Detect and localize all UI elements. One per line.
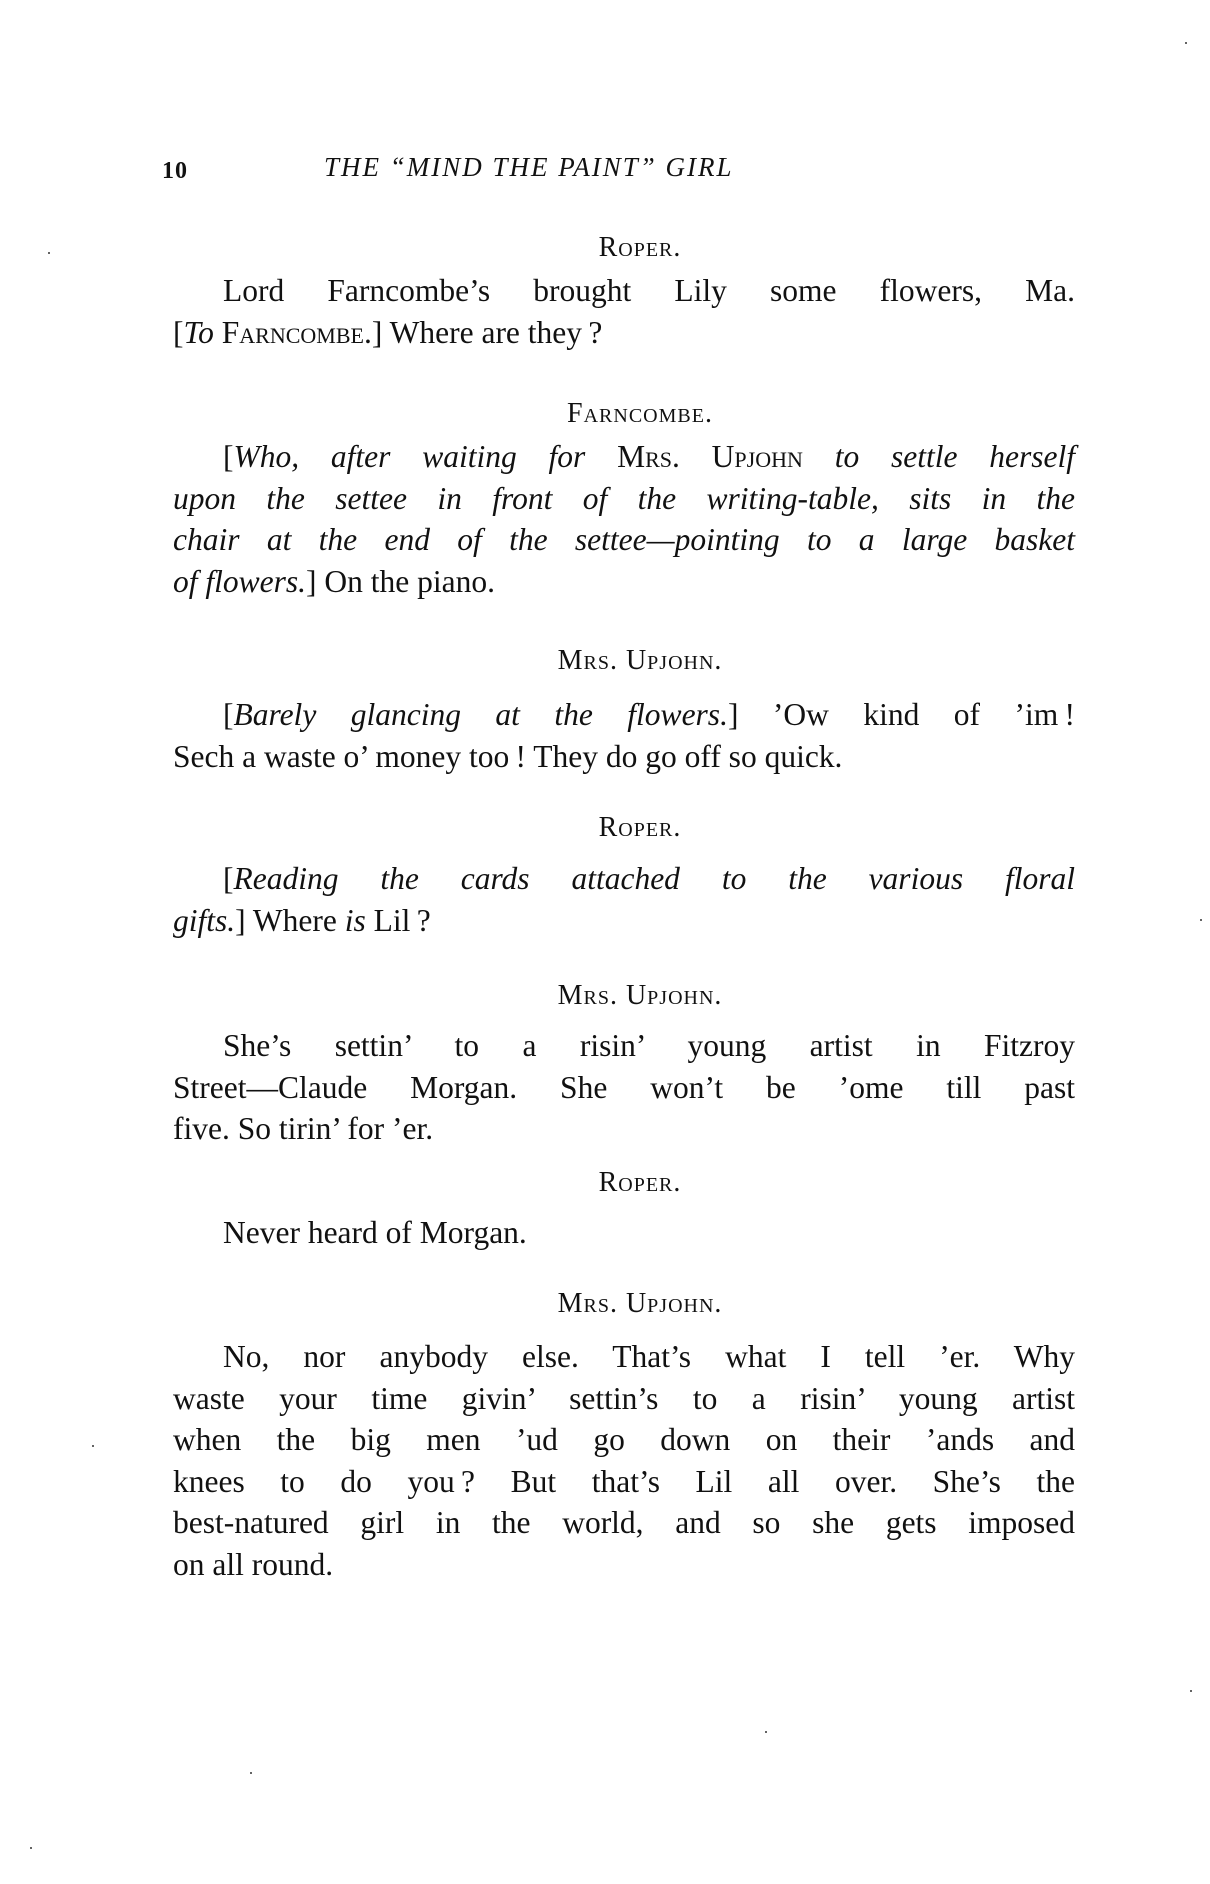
speaker-name: Mrs. Upjohn. (0, 645, 1210, 677)
speaker-name: Mrs. Upjohn. (0, 980, 1210, 1012)
stage-direction: to settle herself (803, 439, 1075, 474)
scan-speck (250, 1772, 252, 1774)
text-line: Never heard of Morgan. (173, 1212, 1075, 1254)
speech-text: She’s settin’ to a risin’ young artist i… (173, 1025, 1075, 1150)
text-line: of flowers.] On the piano. (173, 561, 1075, 603)
scan-speck (92, 1445, 94, 1447)
speaker-name: Roper. (0, 1167, 1210, 1199)
dialogue-text: ] Where (235, 903, 345, 938)
dialogue-text (214, 315, 222, 350)
dialogue-text: She’s settin’ to a risin’ young artist i… (223, 1028, 1075, 1063)
dialogue-text: No, nor anybody else. That’s what I tell… (223, 1339, 1075, 1374)
dialogue-text: [ (223, 697, 234, 732)
stage-direction: Reading the cards attached to the variou… (234, 861, 1076, 896)
speaker-name: Roper. (0, 232, 1210, 264)
speech-text: [Who, after waiting for Mrs. Upjohn to s… (173, 436, 1075, 602)
dialogue-text: [ (223, 861, 234, 896)
speech-text: Lord Farncombe’s brought Lily some flowe… (173, 270, 1075, 353)
dialogue-text: Lord Farncombe’s brought Lily some flowe… (223, 273, 1075, 308)
speaker-name: Roper. (0, 812, 1210, 844)
scan-speck (30, 1847, 32, 1849)
dialogue-text: best-natured girl in the world, and so s… (173, 1505, 1075, 1540)
text-line: knees to do you ? But that’s Lil all ove… (173, 1461, 1075, 1503)
dialogue-text: knees to do you ? But that’s Lil all ove… (173, 1464, 1075, 1499)
text-line: chair at the end of the settee—pointing … (173, 519, 1075, 561)
running-head: 10 THE “MIND THE PAINT” GIRL (162, 152, 922, 192)
dialogue-text: waste your time givin’ settin’s to a ris… (173, 1381, 1075, 1416)
stage-direction: Who, after waiting for (234, 439, 618, 474)
text-line: Sech a waste o’ money too ! They do go o… (173, 736, 1075, 778)
dialogue-text: [ (173, 315, 184, 350)
text-line: No, nor anybody else. That’s what I tell… (173, 1336, 1075, 1378)
dialogue-text: Sech a waste o’ money too ! They do go o… (173, 739, 842, 774)
book-title: THE “MIND THE PAINT” GIRL (324, 152, 734, 183)
scan-speck (765, 1731, 767, 1733)
text-line: on all round. (173, 1544, 1075, 1586)
stage-direction: gifts. (173, 903, 235, 938)
text-line: when the big men ’ud go down on their ’a… (173, 1419, 1075, 1461)
text-line: [To Farncombe.] Where are they ? (173, 312, 1075, 354)
speech-text: [Reading the cards attached to the vario… (173, 858, 1075, 941)
book-page: 10 THE “MIND THE PAINT” GIRL Roper.Lord … (0, 0, 1210, 1884)
dialogue-text: Never heard of Morgan. (223, 1215, 527, 1250)
text-line: [Reading the cards attached to the vario… (173, 858, 1075, 900)
text-line: [Barely glancing at the flowers.] ’Ow ki… (173, 694, 1075, 736)
text-line: Lord Farncombe’s brought Lily some flowe… (173, 270, 1075, 312)
character-name: Mrs. Upjohn (617, 439, 803, 474)
character-name: Farncombe. (222, 315, 372, 350)
stage-direction: To (184, 315, 214, 350)
speaker-name: Farncombe. (0, 398, 1210, 430)
text-line: best-natured girl in the world, and so s… (173, 1502, 1075, 1544)
dialogue-text: [ (223, 439, 234, 474)
scan-speck (48, 252, 50, 254)
text-line: Street—Claude Morgan. She won’t be ’ome … (173, 1067, 1075, 1109)
text-line: [Who, after waiting for Mrs. Upjohn to s… (173, 436, 1075, 478)
dialogue-text: ] Where are they ? (372, 315, 602, 350)
stage-direction: of flowers. (173, 564, 306, 599)
stage-direction: Barely glancing at the flowers. (234, 697, 728, 732)
speech-text: No, nor anybody else. That’s what I tell… (173, 1336, 1075, 1585)
stage-direction: chair at the end of the settee—pointing … (173, 522, 1075, 557)
scan-speck (1190, 1690, 1192, 1692)
text-line: gifts.] Where is Lil ? (173, 900, 1075, 942)
dialogue-text: Street—Claude Morgan. She won’t be ’ome … (173, 1070, 1075, 1105)
stage-direction: is (345, 903, 366, 938)
page-number: 10 (162, 158, 188, 185)
speaker-name: Mrs. Upjohn. (0, 1288, 1210, 1320)
text-line: waste your time givin’ settin’s to a ris… (173, 1378, 1075, 1420)
speech-text: Never heard of Morgan. (173, 1212, 1075, 1254)
dialogue-text: ] On the piano. (306, 564, 495, 599)
dialogue-text: five. So tirin’ for ’er. (173, 1111, 433, 1146)
dialogue-text: Lil ? (366, 903, 431, 938)
scan-speck (1200, 919, 1202, 921)
speech-text: [Barely glancing at the flowers.] ’Ow ki… (173, 694, 1075, 777)
text-line: five. So tirin’ for ’er. (173, 1108, 1075, 1150)
text-line: She’s settin’ to a risin’ young artist i… (173, 1025, 1075, 1067)
stage-direction: upon the settee in front of the writing-… (173, 481, 1075, 516)
dialogue-text: when the big men ’ud go down on their ’a… (173, 1422, 1075, 1457)
scan-speck (1185, 42, 1187, 44)
text-line: upon the settee in front of the writing-… (173, 478, 1075, 520)
dialogue-text: ] ’Ow kind of ’im ! (728, 697, 1075, 732)
dialogue-text: on all round. (173, 1547, 333, 1582)
